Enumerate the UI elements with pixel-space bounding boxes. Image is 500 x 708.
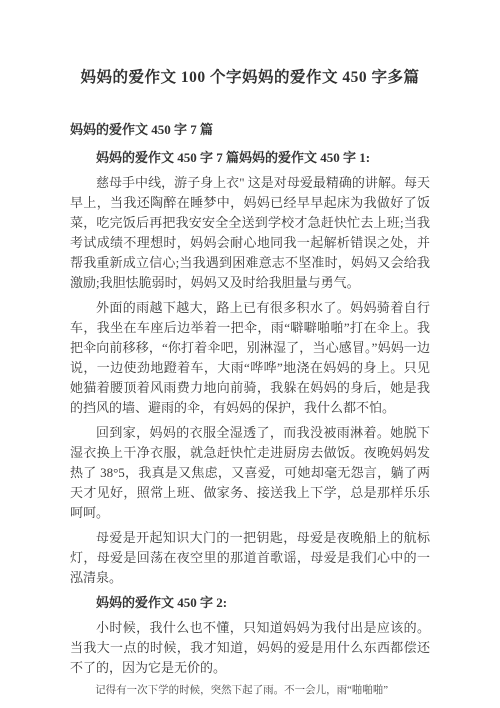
document-body: 妈妈的爱作文 450 字 7 篇妈妈的爱作文 450 字 7 篇妈妈的爱作文 4… xyxy=(70,120,430,699)
essay-paragraph: 母爱是开起知识大门的一把钥匙，母爱是夜晚船上的航标灯，母爱是回荡在夜空里的那道首… xyxy=(70,528,430,588)
essay-paragraph: 外面的雨越下越大，路上已有很多积水了。妈妈骑着自行车，我坐在车座后边举着一把伞，… xyxy=(70,298,430,418)
essay-paragraph: 慈母手中线，游子身上衣" 这是对母爱最精确的讲解。每天早上，当我还陶醉在睡梦中，… xyxy=(70,173,430,293)
essay-paragraph: 回到家，妈妈的衣服全湿透了，而我没被雨淋着。她脱下湿衣换上干净衣服，就急赶快忙走… xyxy=(70,423,430,523)
essay-paragraph: 小时候，我什么也不懂，只知道妈妈为我付出是应该的。当我大一点的时候，我才知道，妈… xyxy=(70,618,430,678)
essay-heading: 妈妈的爱作文 450 字 7 篇 xyxy=(70,120,430,140)
essay-paragraph-small: 记得有一次下学的时候，突然下起了雨。不一会儿，雨“啪啪啪” xyxy=(70,683,430,699)
document-page: 妈妈的爱作文 100 个字妈妈的爱作文 450 字多篇 妈妈的爱作文 450 字… xyxy=(0,0,500,708)
essay-subheading: 妈妈的爱作文 450 字 2: xyxy=(70,593,430,613)
essay-subheading: 妈妈的爱作文 450 字 7 篇妈妈的爱作文 450 字 1: xyxy=(70,148,430,168)
document-title: 妈妈的爱作文 100 个字妈妈的爱作文 450 字多篇 xyxy=(70,66,430,90)
